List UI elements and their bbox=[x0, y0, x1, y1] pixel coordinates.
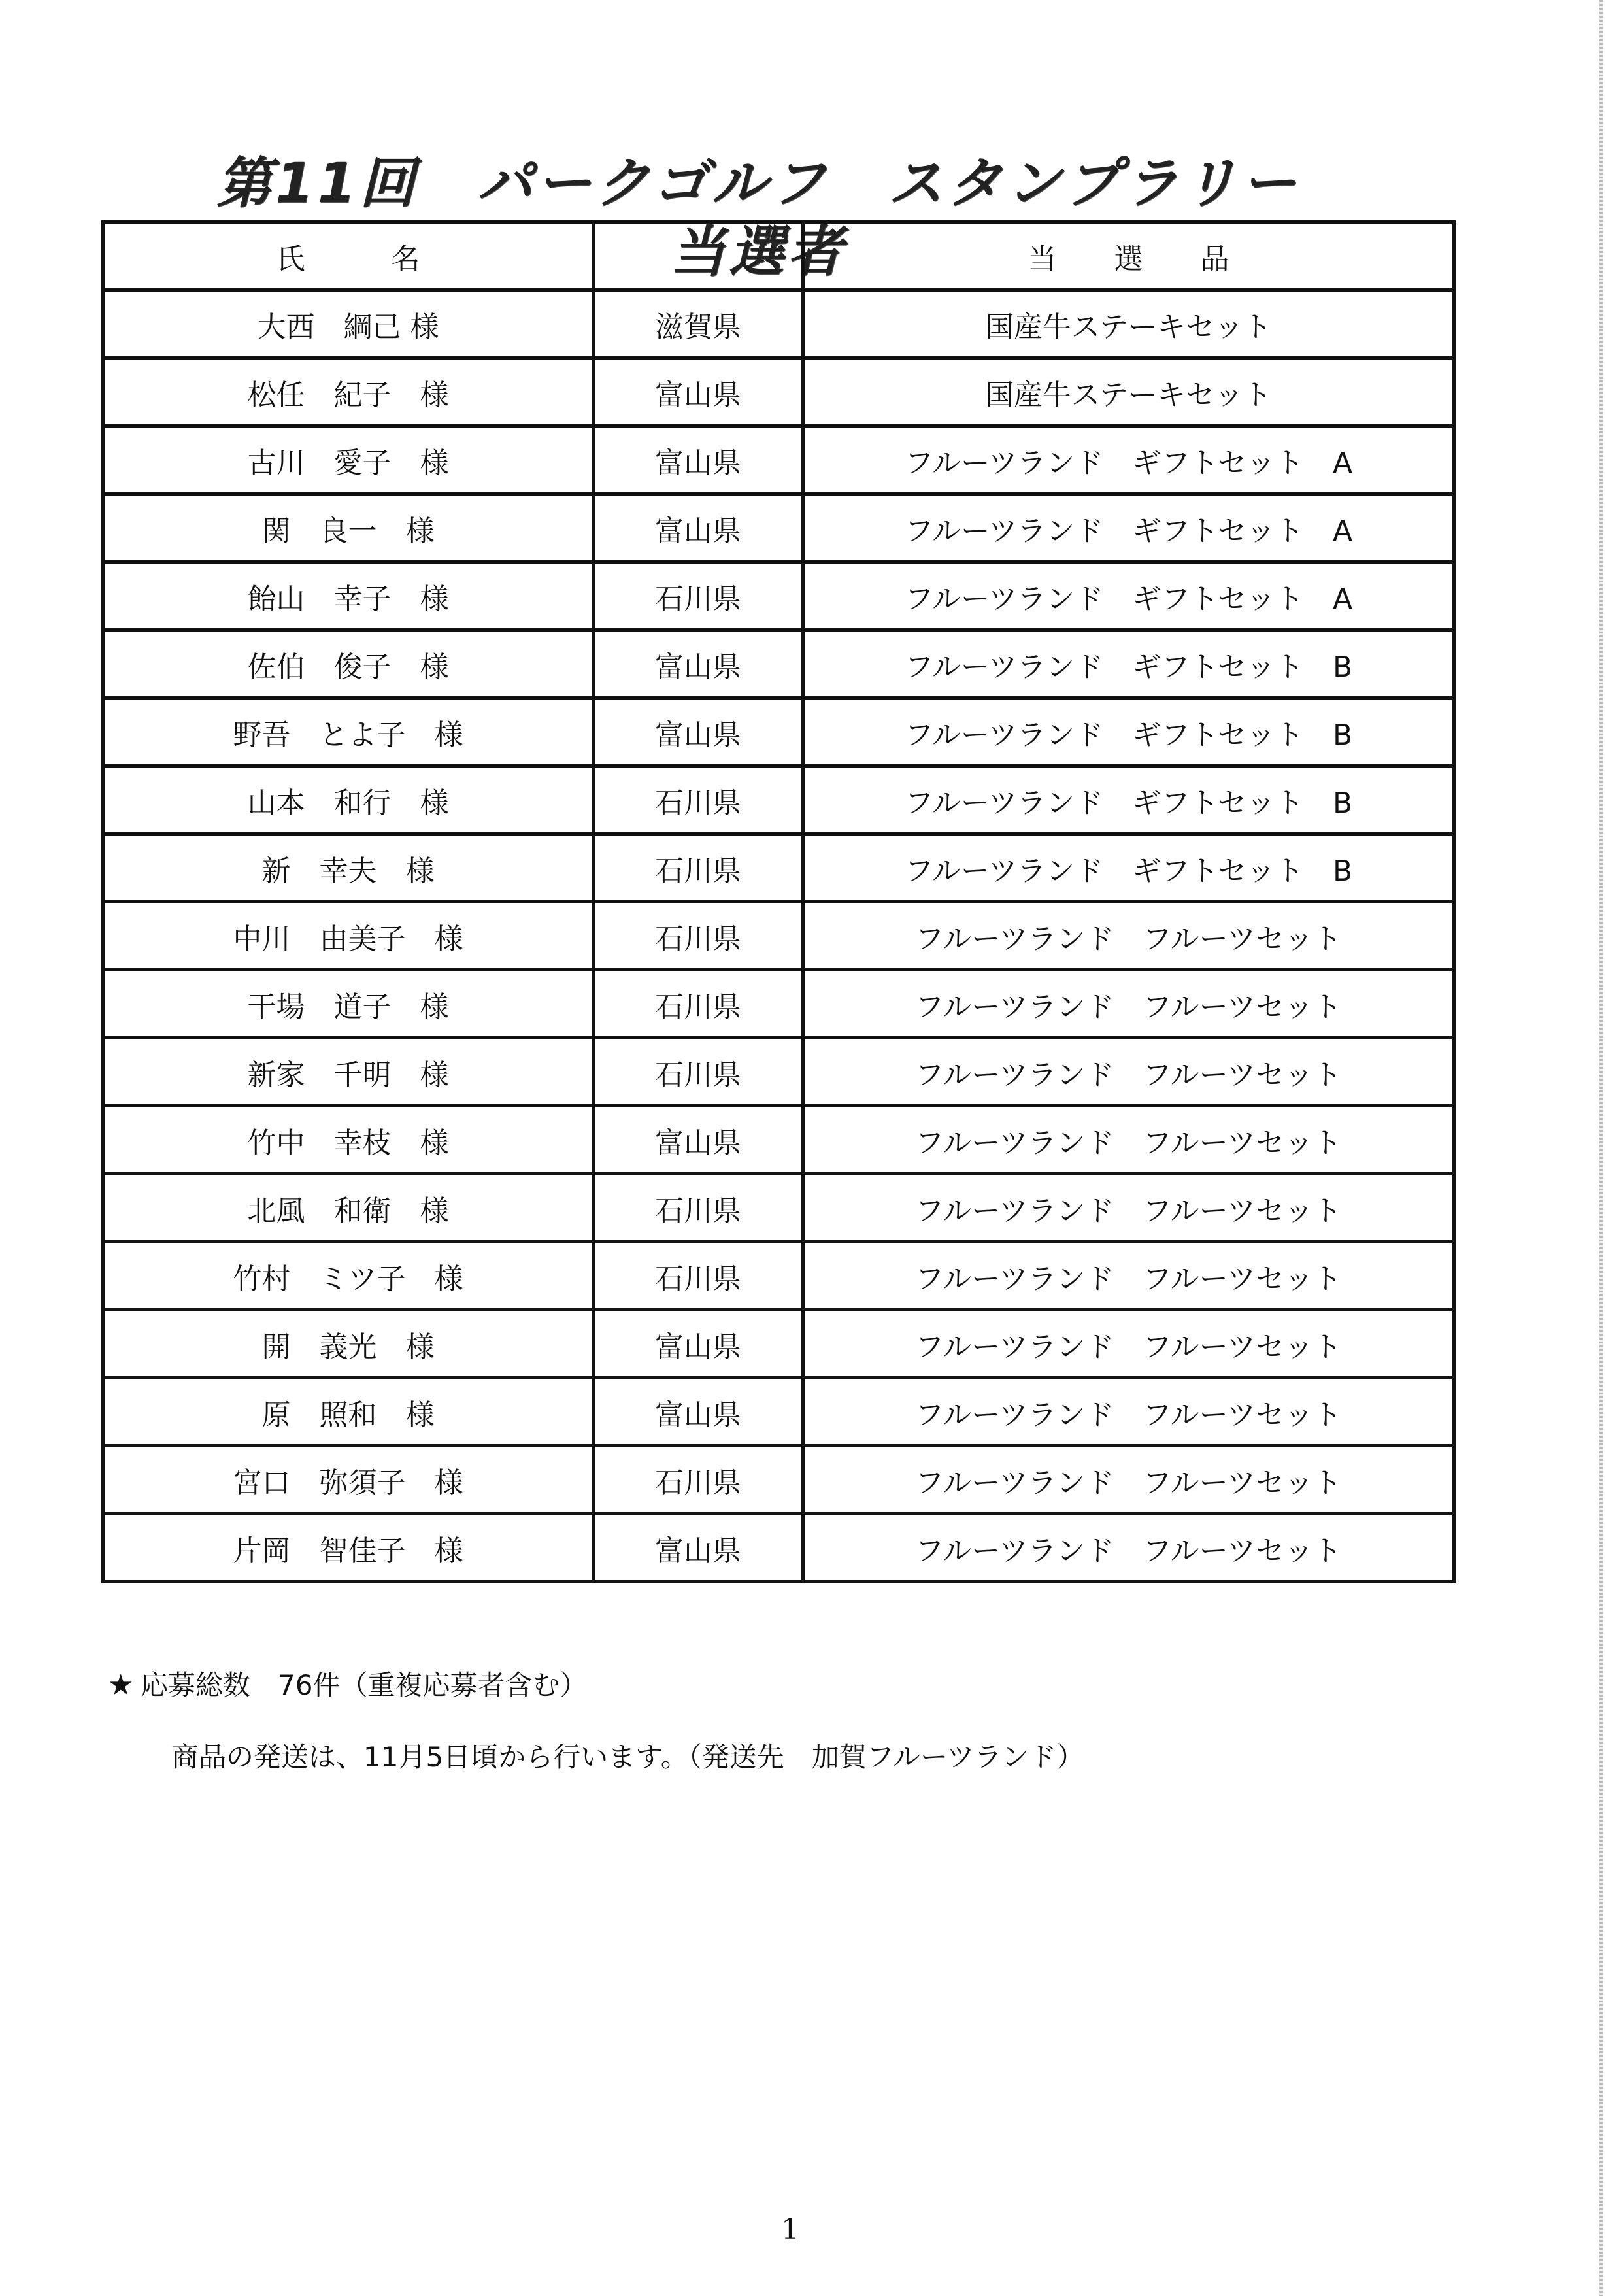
winner-prefecture: 石川県 bbox=[593, 562, 803, 630]
table-row: 開 義光 様富山県フルーツランド フルーツセット bbox=[103, 1310, 1454, 1378]
winner-name: 山本 和行 様 bbox=[103, 766, 593, 834]
winner-prize: フルーツランド フルーツセット bbox=[803, 1242, 1454, 1310]
winner-name: 野吾 とよ子 様 bbox=[103, 698, 593, 766]
winner-name: 飴山 幸子 様 bbox=[103, 562, 593, 630]
winner-name: 関 良一 様 bbox=[103, 494, 593, 562]
winner-prefecture: 富山県 bbox=[593, 494, 803, 562]
shipping-note: 商品の発送は、11月5日頃から行います。（発送先 加賀フルーツランド） bbox=[171, 1736, 1084, 1775]
winner-name: 松任 紀子 様 bbox=[103, 358, 593, 426]
table-row: 片岡 智佳子 様富山県フルーツランド フルーツセット bbox=[103, 1514, 1454, 1582]
winner-name: 宮口 弥須子 様 bbox=[103, 1446, 593, 1514]
winner-prefecture: 石川県 bbox=[593, 834, 803, 902]
winner-name: 新家 千明 様 bbox=[103, 1038, 593, 1106]
table-row: 佐伯 俊子 様富山県フルーツランド ギフトセット B bbox=[103, 630, 1454, 698]
page-title: 第11回 パークゴルフ スタンプラリー 当選者 bbox=[196, 149, 1320, 218]
winner-prize: 国産牛ステーキセット bbox=[803, 358, 1454, 426]
winner-name: 竹中 幸枝 様 bbox=[103, 1106, 593, 1174]
table-row: 竹村 ミツ子 様石川県フルーツランド フルーツセット bbox=[103, 1242, 1454, 1310]
winner-name: 佐伯 俊子 様 bbox=[103, 630, 593, 698]
table-row: 干場 道子 様石川県フルーツランド フルーツセット bbox=[103, 970, 1454, 1038]
page-number: 1 bbox=[781, 2213, 799, 2246]
winner-name: 古川 愛子 様 bbox=[103, 426, 593, 494]
winner-prize: フルーツランド ギフトセット A bbox=[803, 426, 1454, 494]
winner-prefecture: 石川県 bbox=[593, 1174, 803, 1242]
winner-prefecture: 滋賀県 bbox=[593, 290, 803, 358]
table-row: 古川 愛子 様富山県フルーツランド ギフトセット A bbox=[103, 426, 1454, 494]
winner-name: 片岡 智佳子 様 bbox=[103, 1514, 593, 1582]
winner-prize: フルーツランド ギフトセット A bbox=[803, 562, 1454, 630]
table-row: 竹中 幸枝 様富山県フルーツランド フルーツセット bbox=[103, 1106, 1454, 1174]
winner-prefecture: 富山県 bbox=[593, 426, 803, 494]
winner-prefecture: 富山県 bbox=[593, 630, 803, 698]
table-row: 中川 由美子 様石川県フルーツランド フルーツセット bbox=[103, 902, 1454, 970]
winners-table: 氏 名 当 選 品 大西 綱己 様滋賀県国産牛ステーキセット松任 紀子 様富山県… bbox=[101, 220, 1456, 1583]
header-prize: 当 選 品 bbox=[803, 222, 1454, 290]
winner-name: 中川 由美子 様 bbox=[103, 902, 593, 970]
winner-prefecture: 石川県 bbox=[593, 766, 803, 834]
winner-prefecture: 石川県 bbox=[593, 1242, 803, 1310]
winner-prize: フルーツランド フルーツセット bbox=[803, 1106, 1454, 1174]
winner-prize: フルーツランド ギフトセット B bbox=[803, 834, 1454, 902]
winner-prefecture: 富山県 bbox=[593, 1310, 803, 1378]
winner-prefecture: 富山県 bbox=[593, 698, 803, 766]
winner-name: 干場 道子 様 bbox=[103, 970, 593, 1038]
winner-name: 北風 和衛 様 bbox=[103, 1174, 593, 1242]
header-prefecture bbox=[593, 222, 803, 290]
table-header-row: 氏 名 当 選 品 bbox=[103, 222, 1454, 290]
scan-page-edge bbox=[1599, 0, 1603, 2296]
header-name: 氏 名 bbox=[103, 222, 593, 290]
winner-prize: フルーツランド フルーツセット bbox=[803, 1310, 1454, 1378]
winner-prize: フルーツランド ギフトセット A bbox=[803, 494, 1454, 562]
winner-prize: フルーツランド フルーツセット bbox=[803, 1378, 1454, 1446]
winner-prize: フルーツランド フルーツセット bbox=[803, 902, 1454, 970]
winner-name: 竹村 ミツ子 様 bbox=[103, 1242, 593, 1310]
winner-prefecture: 石川県 bbox=[593, 970, 803, 1038]
total-entries-text: 応募総数 76件（重複応募者含む） bbox=[141, 1669, 587, 1701]
table-row: 大西 綱己 様滋賀県国産牛ステーキセット bbox=[103, 290, 1454, 358]
winner-prefecture: 富山県 bbox=[593, 1106, 803, 1174]
winner-prefecture: 石川県 bbox=[593, 1038, 803, 1106]
winner-name: 新 幸夫 様 bbox=[103, 834, 593, 902]
table-row: 北風 和衛 様石川県フルーツランド フルーツセット bbox=[103, 1174, 1454, 1242]
table-row: 野吾 とよ子 様富山県フルーツランド ギフトセット B bbox=[103, 698, 1454, 766]
total-entries-note: ★応募総数 76件（重複応募者含む） bbox=[108, 1664, 587, 1703]
winner-prefecture: 富山県 bbox=[593, 1514, 803, 1582]
winner-prize: フルーツランド フルーツセット bbox=[803, 1174, 1454, 1242]
table-row: 山本 和行 様石川県フルーツランド ギフトセット B bbox=[103, 766, 1454, 834]
winner-prefecture: 石川県 bbox=[593, 902, 803, 970]
winner-name: 原 照和 様 bbox=[103, 1378, 593, 1446]
star-icon: ★ bbox=[108, 1668, 141, 1702]
table-row: 飴山 幸子 様石川県フルーツランド ギフトセット A bbox=[103, 562, 1454, 630]
winner-prize: フルーツランド フルーツセット bbox=[803, 1446, 1454, 1514]
table-row: 関 良一 様富山県フルーツランド ギフトセット A bbox=[103, 494, 1454, 562]
winner-name: 大西 綱己 様 bbox=[103, 290, 593, 358]
winner-prize: フルーツランド ギフトセット B bbox=[803, 630, 1454, 698]
table-row: 新家 千明 様石川県フルーツランド フルーツセット bbox=[103, 1038, 1454, 1106]
winner-prize: フルーツランド フルーツセット bbox=[803, 1038, 1454, 1106]
winner-prize: フルーツランド フルーツセット bbox=[803, 1514, 1454, 1582]
winner-prize: フルーツランド フルーツセット bbox=[803, 970, 1454, 1038]
winner-prefecture: 石川県 bbox=[593, 1446, 803, 1514]
winner-prefecture: 富山県 bbox=[593, 358, 803, 426]
winner-prize: フルーツランド ギフトセット B bbox=[803, 698, 1454, 766]
table-row: 原 照和 様富山県フルーツランド フルーツセット bbox=[103, 1378, 1454, 1446]
winner-name: 開 義光 様 bbox=[103, 1310, 593, 1378]
winner-prefecture: 富山県 bbox=[593, 1378, 803, 1446]
table-row: 宮口 弥須子 様石川県フルーツランド フルーツセット bbox=[103, 1446, 1454, 1514]
winner-prize: フルーツランド ギフトセット B bbox=[803, 766, 1454, 834]
table-row: 松任 紀子 様富山県国産牛ステーキセット bbox=[103, 358, 1454, 426]
winner-prize: 国産牛ステーキセット bbox=[803, 290, 1454, 358]
table-row: 新 幸夫 様石川県フルーツランド ギフトセット B bbox=[103, 834, 1454, 902]
